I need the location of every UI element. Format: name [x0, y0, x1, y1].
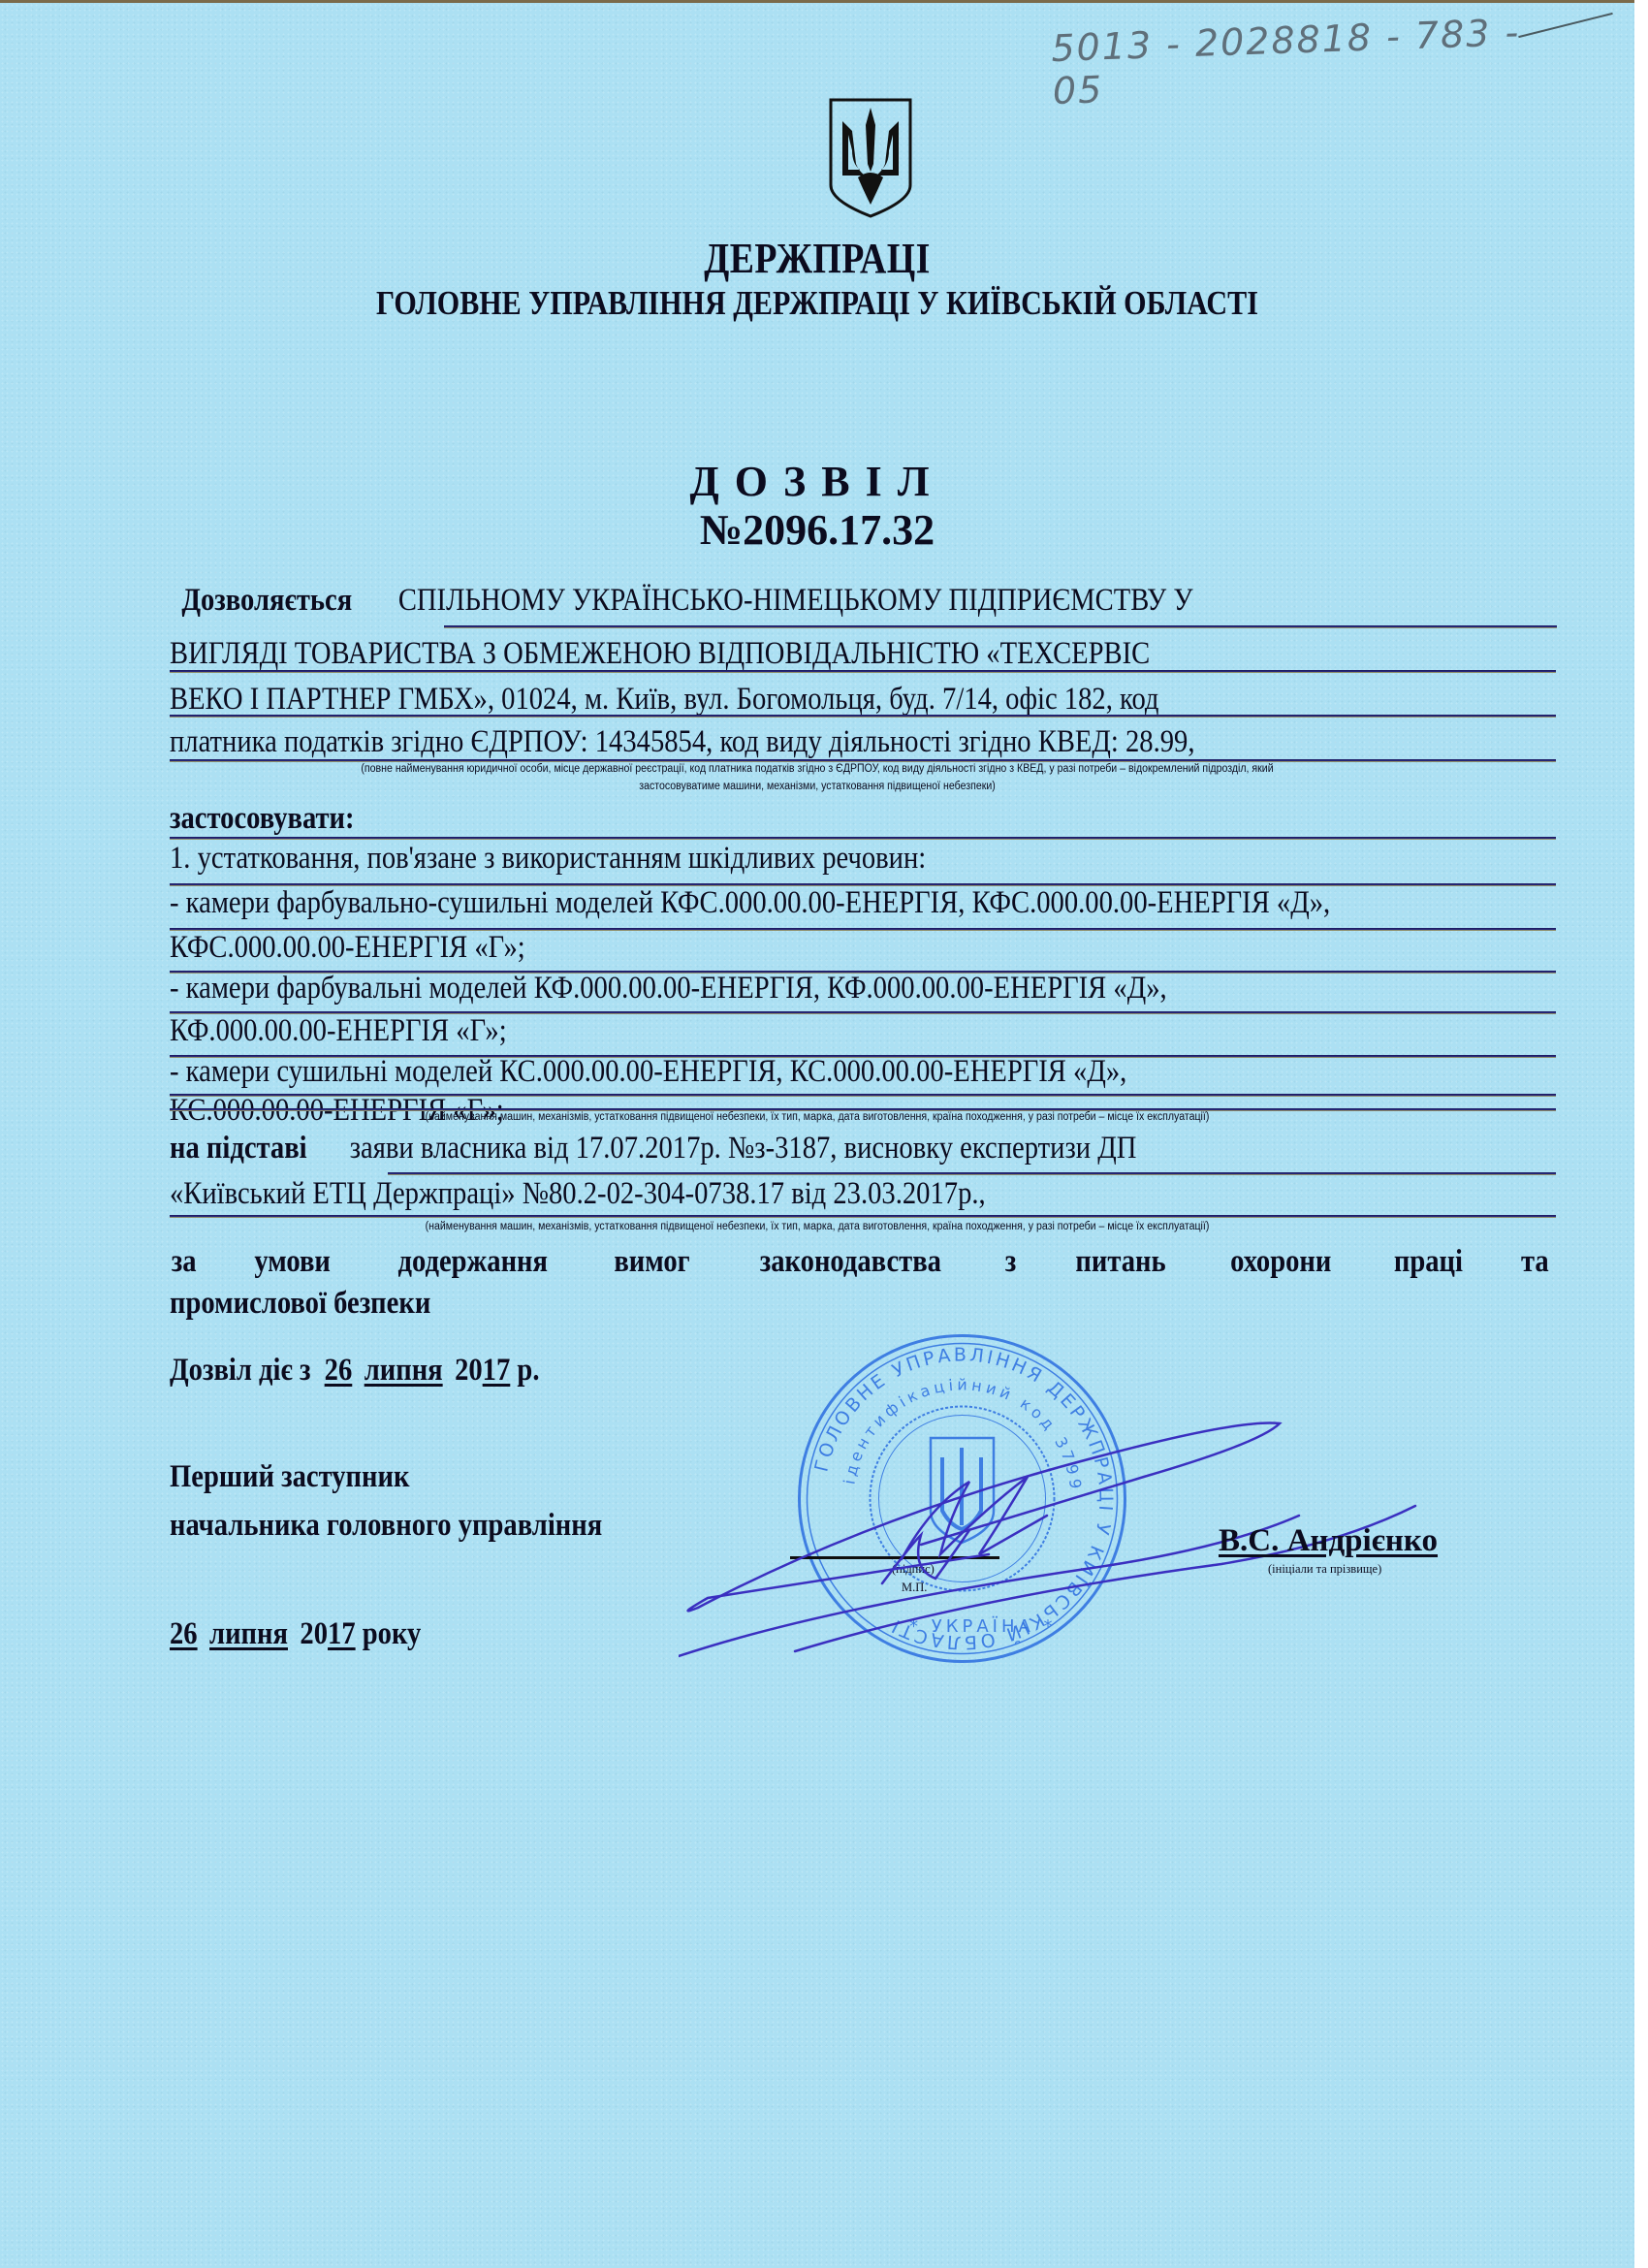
signatory-name-row: В.С. Андрієнко	[1219, 1523, 1568, 1559]
permitted-note-1: (повне найменування юридичної особи, міс…	[65, 763, 1569, 775]
equipment-text: - камери фарбувально-сушильні моделей КФ…	[170, 885, 1330, 921]
valid-from-day: 26	[325, 1353, 353, 1388]
condition-word: питань	[1075, 1244, 1165, 1280]
valid-from-year-prefix: 20	[455, 1353, 483, 1388]
permitted-entity-line: ВИГЛЯДІ ТОВАРИСТВА З ОБМЕЖЕНОЮ ВІДПОВІДА…	[170, 636, 1150, 672]
condition-word: умови	[255, 1244, 332, 1280]
underline	[444, 625, 1557, 628]
underline	[170, 670, 1556, 673]
signature-line	[790, 1556, 999, 1559]
valid-from-suffix: р.	[517, 1353, 539, 1388]
document-title: ДОЗВІЛ	[0, 457, 1634, 506]
signatory-name-label: (ініціали та прізвище)	[1268, 1562, 1381, 1577]
permit-document-page: 5013 - 2028818 - 783 - 05 ДЕРЖПРАЦІ ГОЛО…	[0, 0, 1634, 2268]
permitted-line-4: платника податків згідно ЄДРПОУ: 1434585…	[170, 724, 1556, 760]
basis-line-2: «Київський ЕТЦ Держпраці» №80.2-02-304-0…	[170, 1176, 1556, 1212]
underline	[170, 715, 1556, 718]
basis-text-line: заяви власника від 17.07.2017р. №з-3187,…	[350, 1131, 1137, 1166]
issue-date-year-suffix: 17	[328, 1616, 356, 1651]
equipment-list-item: - камери сушильні моделей КС.000.00.00-Е…	[170, 1054, 1556, 1090]
permitted-line-3: ВЕКО І ПАРТНЕР ГМБХ», 01024, м. Київ, ву…	[170, 682, 1556, 718]
permitted-entity-line: СПІЛЬНОМУ УКРАЇНСЬКО-НІМЕЦЬКОМУ ПІДПРИЄМ…	[398, 583, 1193, 618]
seal-label: М.П.	[902, 1581, 927, 1595]
organization-full-name: ГОЛОВНЕ УПРАВЛІННЯ ДЕРЖПРАЦІ У КИЇВСЬКІЙ…	[114, 284, 1520, 323]
equipment-list-item: 1. устатковання, пов'язане з використанн…	[170, 841, 1556, 877]
permitted-entity-line: платника податків згідно ЄДРПОУ: 1434585…	[170, 724, 1194, 760]
apply-label-row: застосовувати:	[170, 801, 1556, 837]
valid-from-prefix: Дозвіл діє з	[170, 1353, 310, 1388]
signatory-position: Перший заступник	[170, 1459, 409, 1495]
condition-word: за	[172, 1244, 197, 1280]
valid-from-month: липня	[364, 1353, 443, 1388]
issue-date-line: 26 липня 2017 року	[170, 1616, 1556, 1652]
signatory-position: начальника головного управління	[170, 1508, 602, 1544]
permitted-note-2: застосовуватиме машини, механізми, устат…	[65, 781, 1569, 792]
permitted-line-1: Дозволяється СПІЛЬНОМУ УКРАЇНСЬКО-НІМЕЦЬ…	[170, 583, 1556, 619]
equipment-text: - камери фарбувальні моделей КФ.000.00.0…	[170, 971, 1167, 1006]
underline	[170, 759, 1556, 762]
basis-line-1: на підставі заяви власника від 17.07.201…	[170, 1131, 1556, 1166]
signatory-name: В.С. Андрієнко	[1219, 1523, 1438, 1558]
handwritten-registration-number: 5013 - 2028818 - 783 - 05	[1051, 10, 1558, 112]
issue-date-day: 26	[170, 1616, 198, 1651]
document-number: №2096.17.32	[0, 505, 1634, 555]
condition-word: та	[1521, 1244, 1549, 1280]
issue-date-month: липня	[209, 1616, 288, 1651]
permitted-label: Дозволяється	[181, 583, 352, 618]
equipment-note: (найменування машин, механізмів, устатко…	[65, 1111, 1569, 1123]
condition-word: законодавства	[759, 1244, 940, 1280]
condition-word: охорони	[1230, 1244, 1331, 1280]
underline	[388, 1172, 1556, 1175]
equipment-list-item: КФ.000.00.00-ЕНЕРГІЯ «Г»;	[170, 1013, 1556, 1049]
organization-short-name: ДЕРЖПРАЦІ	[114, 234, 1520, 283]
trident-coat-of-arms-icon	[827, 96, 914, 220]
valid-from-year-suffix: 17	[483, 1353, 511, 1388]
apply-label-colon: :	[345, 801, 355, 836]
basis-label: на підставі	[170, 1131, 307, 1166]
condition-word: вимог	[615, 1244, 690, 1280]
condition-text: промислової безпеки	[170, 1286, 430, 1322]
condition-word: з	[1005, 1244, 1016, 1280]
apply-label: застосовувати	[170, 801, 345, 836]
basis-note: (найменування машин, механізмів, устатко…	[65, 1221, 1569, 1232]
equipment-text: КФС.000.00.00-ЕНЕРГІЯ «Г»;	[170, 930, 525, 966]
equipment-list-item: - камери фарбувально-сушильні моделей КФ…	[170, 885, 1556, 921]
condition-line-2: промислової безпеки	[170, 1286, 1556, 1322]
equipment-list-item: - камери фарбувальні моделей КФ.000.00.0…	[170, 971, 1556, 1006]
condition-word: додержання	[397, 1244, 547, 1280]
condition-line-1: заумовидодержаннявимогзаконодавствазпита…	[170, 1244, 1551, 1280]
issue-date-suffix: року	[363, 1616, 422, 1651]
basis-text-line: «Київський ЕТЦ Держпраці» №80.2-02-304-0…	[170, 1176, 986, 1212]
condition-word: праці	[1394, 1244, 1463, 1280]
underline	[170, 1215, 1556, 1218]
equipment-text: - камери сушильні моделей КС.000.00.00-Е…	[170, 1054, 1126, 1090]
issue-date-year-prefix: 20	[300, 1616, 328, 1651]
equipment-text: КФ.000.00.00-ЕНЕРГІЯ «Г»;	[170, 1013, 507, 1049]
signature-label: (підпис)	[892, 1562, 935, 1577]
permitted-entity-line: ВЕКО І ПАРТНЕР ГМБХ», 01024, м. Київ, ву…	[170, 682, 1158, 718]
equipment-list-item: КФС.000.00.00-ЕНЕРГІЯ «Г»;	[170, 930, 1556, 966]
equipment-text: 1. устатковання, пов'язане з використанн…	[170, 841, 926, 877]
permitted-line-2: ВИГЛЯДІ ТОВАРИСТВА З ОБМЕЖЕНОЮ ВІДПОВІДА…	[170, 636, 1556, 672]
underline	[170, 837, 1556, 840]
